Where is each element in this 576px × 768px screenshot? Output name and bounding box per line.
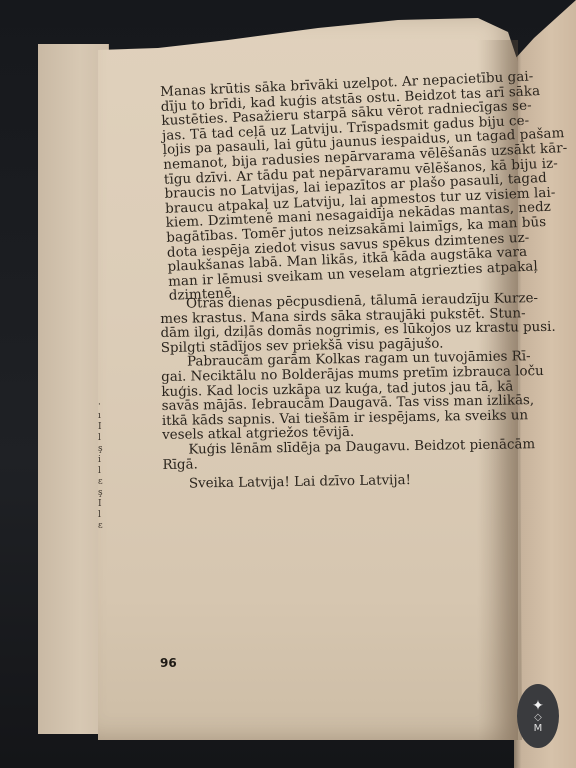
margin-mark: l: [98, 433, 101, 443]
watermark-badge: ✦ ◇ M: [517, 684, 559, 748]
margin-mark: I: [98, 422, 102, 432]
flower-icon: ✦: [532, 699, 544, 713]
margin-mark: ε: [98, 521, 103, 531]
lower-text-block: Otrās dienas pēcpusdienā, tālumā ieraudz…: [160, 292, 515, 492]
margin-mark: i: [98, 455, 101, 465]
paragraph-3: Pabraucām garām Kolkas ragam un tuvojāmi…: [161, 351, 514, 444]
margin-mark: ş: [98, 444, 103, 454]
margin-mark: ·: [98, 400, 101, 410]
margin-mark: ı: [98, 411, 101, 421]
gem-icon: ◇: [534, 713, 542, 723]
page-number: 96: [160, 656, 177, 670]
watermark-letter: M: [534, 723, 543, 734]
paragraph-4: Kuģis lēnām slīdēja pa Daugavu. Beidzot …: [162, 438, 514, 473]
margin-mark: ε: [98, 477, 103, 487]
left-page-margin-marks: · ı I l ş i l ε ş I l ε: [98, 400, 106, 670]
margin-mark: I: [98, 499, 102, 509]
margin-mark: ş: [98, 488, 103, 498]
paragraph-2: Otrās dienas pēcpusdienā, tālumā ieraudz…: [160, 292, 513, 356]
paragraph-1: Manas krūtis sāka brīvāki uzelpot. Ar ne…: [160, 71, 521, 304]
margin-mark: l: [98, 510, 101, 520]
margin-mark: l: [98, 466, 101, 476]
